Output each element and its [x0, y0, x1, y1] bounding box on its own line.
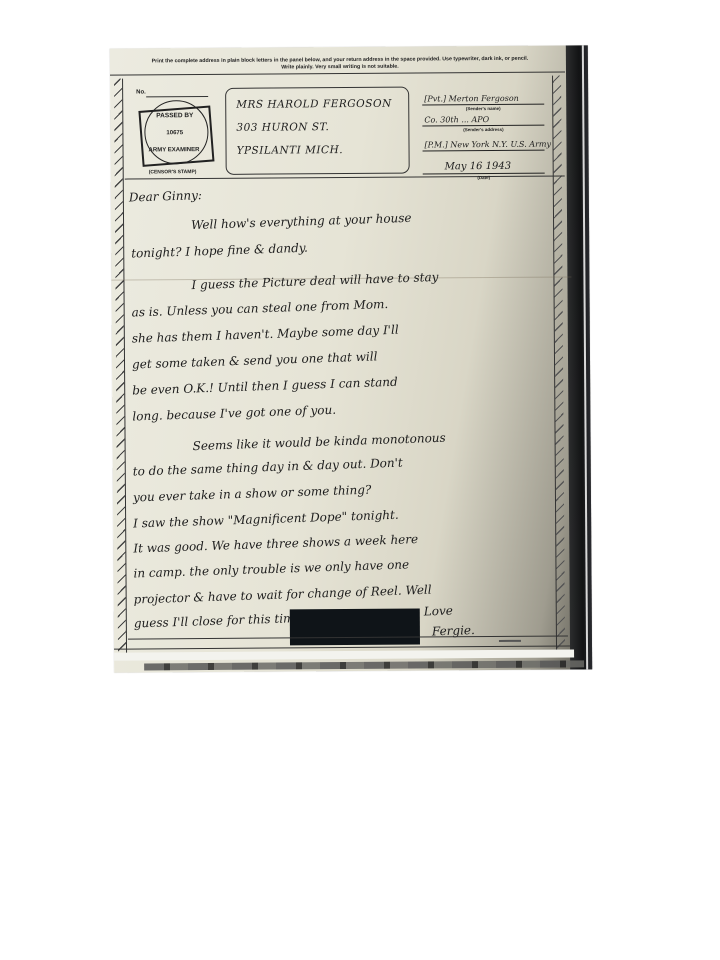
letter-line: long. because I've got one of you. [132, 403, 336, 424]
letter-line: tonight? I hope fine & dandy. [131, 241, 308, 261]
letter-line: you ever take in a show or some thing? [133, 483, 372, 505]
date-line: May 16 1943 [423, 151, 545, 175]
letter-line: in camp. the only trouble is we only hav… [133, 557, 409, 580]
hatched-border-right [552, 76, 565, 651]
letter-line: guess I'll close for this time. [134, 611, 306, 631]
letter-date: May 16 1943 [445, 161, 511, 172]
letter-closing: Love [424, 604, 454, 619]
letter-line: be even O.K.! Until then I guess I can s… [132, 375, 398, 398]
number-field-line [146, 96, 208, 97]
sender-address-line: Co. 30th ... APO [422, 111, 544, 127]
sender-address: Co. 30th ... APO [424, 115, 489, 124]
letter-body: Dear Ginny: Well how's everything at you… [131, 186, 551, 189]
to-address-street: 303 HURON ST. [236, 121, 329, 134]
letter-line: I saw the show "Magnificent Dope" tonigh… [133, 508, 399, 531]
letter-greeting: Dear Ginny: [129, 188, 203, 204]
to-address-panel: MRS HAROLD FERGOSON 303 HURON ST. YPSILA… [225, 87, 410, 175]
stamp-passed-by: PASSED BY [156, 112, 193, 119]
sender-name-line: [Pvt.] Merton Fergoson [422, 84, 544, 106]
sender-address-3: [P.M.] New York N.Y. U.S. Army [424, 140, 551, 150]
to-address-city: YPSILANTI MICH. [237, 144, 344, 157]
letter-line: to do the same thing day in & day out. D… [133, 456, 403, 479]
letter-line: get some taken & send you one that will [132, 349, 378, 371]
letter-line: It was good. We have three shows a week … [133, 532, 418, 555]
redacted-block [290, 609, 420, 646]
letter-line: I guess the Picture deal will have to st… [191, 270, 438, 292]
bottom-margin [114, 649, 574, 660]
letter-line: Well how's everything at your house [191, 211, 412, 232]
return-address-block: [Pvt.] Merton Fergoson (Sender's name) C… [422, 84, 545, 181]
stamp-number: 10675 [166, 130, 183, 136]
stamp-army-examiner: ARMY EXAMINER [149, 147, 200, 153]
censor-stamp-caption: (CENSOR'S STAMP) [149, 169, 197, 175]
date-caption: (Date) [423, 175, 545, 181]
hatched-border-left [114, 79, 127, 654]
scan-edge-shadow [566, 45, 592, 669]
letter-line: she has them I haven't. Maybe some day I… [132, 323, 399, 346]
v-mail-letter-sheet: Print the complete address in plain bloc… [110, 45, 592, 672]
number-label: No. [136, 89, 146, 95]
letter-line: Seems like it would be kinda monotonous [192, 431, 446, 453]
sender-name: [Pvt.] Merton Fergoson [424, 94, 519, 104]
edge-highlight [582, 45, 588, 669]
letter-line: projector & have to wait for change of R… [133, 583, 431, 607]
letter-line: as is. Unless you can steal one from Mom… [131, 297, 388, 320]
to-address-name: MRS HAROLD FERGOSON [236, 98, 392, 111]
sender-address-line-3: [P.M.] New York N.Y. U.S. Army [422, 132, 544, 152]
form-number-mark [499, 640, 521, 642]
form-instructions: Print the complete address in plain bloc… [150, 56, 530, 73]
film-edge-strip [144, 660, 584, 670]
